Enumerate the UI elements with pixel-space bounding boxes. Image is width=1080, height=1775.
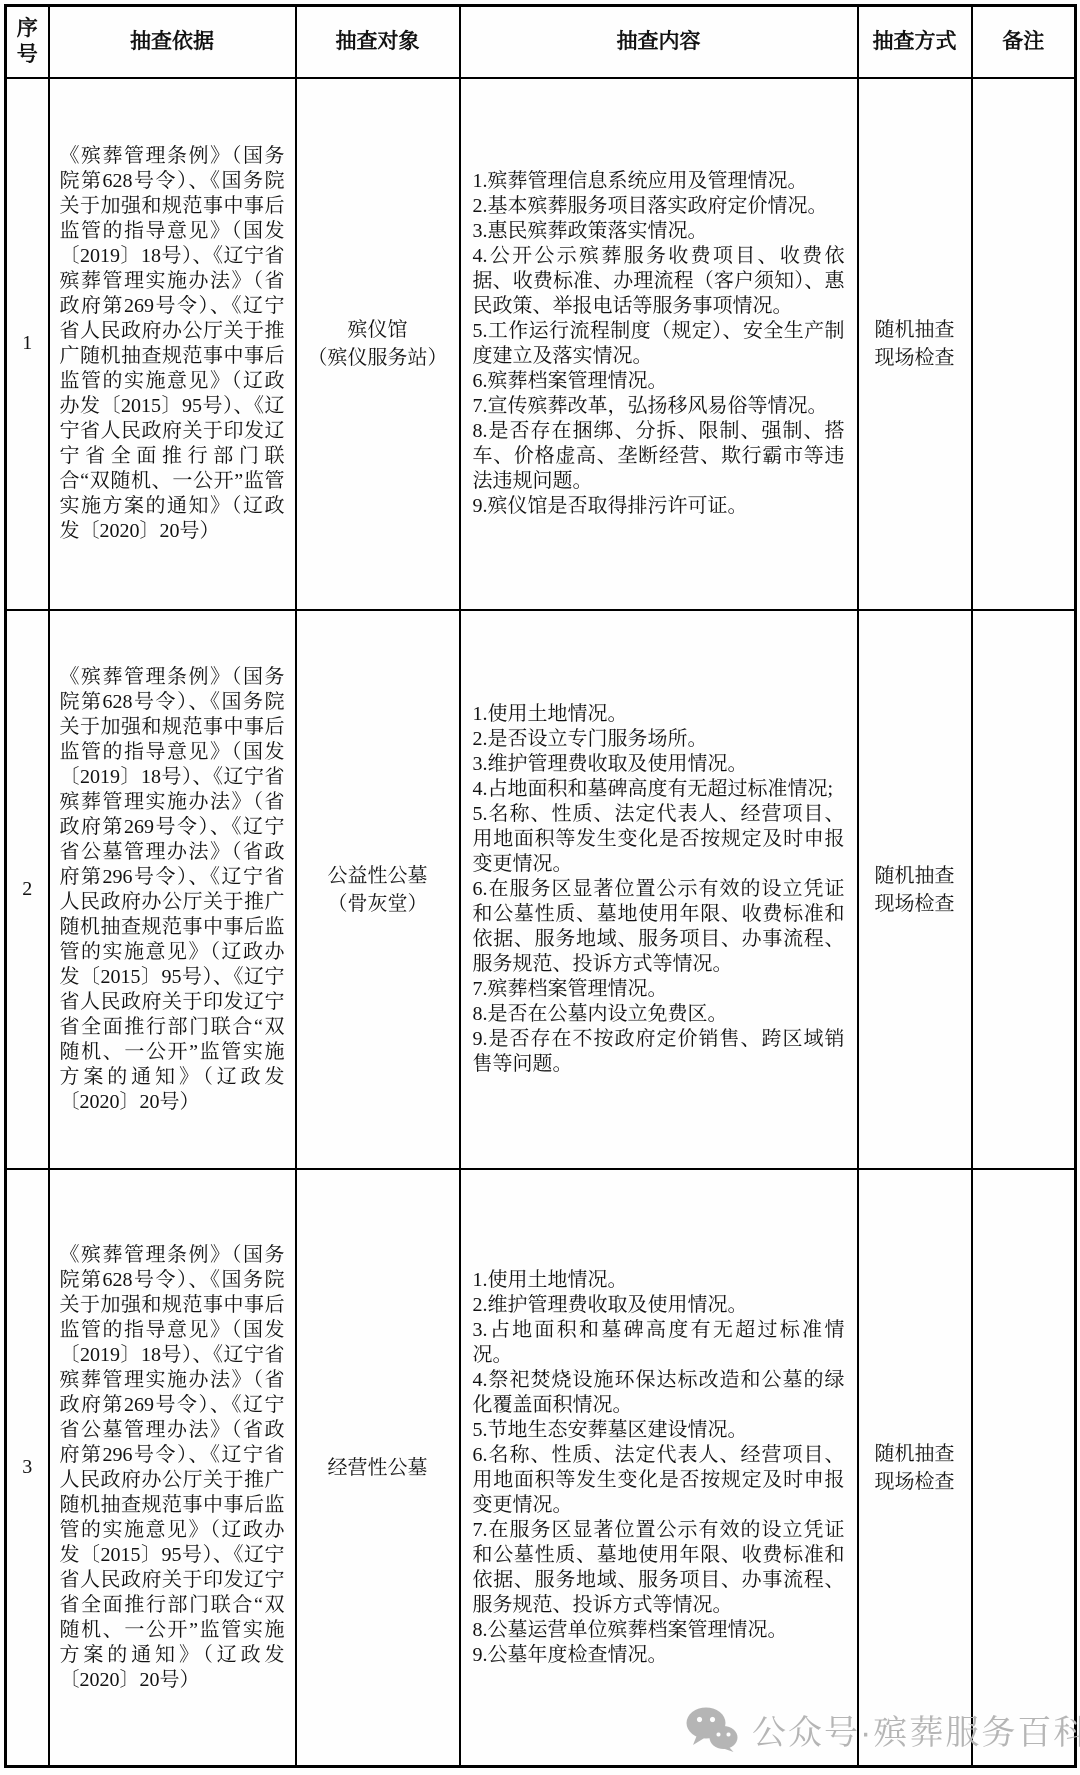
column-header: 序号 [6,6,49,78]
content-item: 3.维护管理费收取及使用情况。 [473,752,845,777]
content-list: 1.使用土地情况。2.维护管理费收取及使用情况。3.占地面积和墓碑高度有无超过标… [473,1268,845,1668]
content-list: 1.殡葬管理信息系统应用及管理情况。2.基本殡葬服务项目落实政府定价情况。3.惠… [473,169,845,519]
content-item: 8.公墓运营单位殡葬档案管理情况。 [473,1618,845,1643]
content-item: 4.公开公示殡葬服务收费项目、收费依据、收费标准、办理流程（客户须知）、惠民政策… [473,244,845,319]
content-item: 5.工作运行流程制度（规定）、安全生产制度建立及落实情况。 [473,319,845,369]
content-item: 6.在服务区显著位置公示有效的设立凭证和公墓性质、墓地使用年限、收费标准和依据、… [473,877,845,977]
note-cell [972,610,1076,1169]
content-item: 9.是否存在不按政府定价销售、跨区域销售等问题。 [473,1027,845,1077]
content-item: 9.殡仪馆是否取得排污许可证。 [473,494,845,519]
content-item: 5.名称、性质、法定代表人、经营项目、用地面积等发生变化是否按规定及时申报变更情… [473,802,845,877]
inspection-method-cell: 随机抽查 现场检查 [858,610,972,1169]
document-page: 序号抽查依据抽查对象抽查内容抽查方式备注 1 《殡葬管理条例》（国务院第628号… [0,0,1080,1775]
column-header: 抽查内容 [460,6,858,78]
inspection-target-cell: 经营性公墓 [296,1169,460,1766]
content-item: 1.使用土地情况。 [473,1268,845,1293]
content-item: 8.是否存在捆绑、分拆、限制、强制、搭车、价格虚高、垄断经营、欺行霸市等违法违规… [473,419,845,494]
column-header: 抽查依据 [49,6,296,78]
inspection-content-cell: 1.使用土地情况。2.是否设立专门服务场所。3.维护管理费收取及使用情况。4.占… [460,610,858,1169]
inspection-target-cell: 公益性公墓 （骨灰堂） [296,610,460,1169]
content-item: 4.祭祀焚烧设施环保达标改造和公墓的绿化覆盖面积情况。 [473,1368,845,1418]
content-list: 1.使用土地情况。2.是否设立专门服务场所。3.维护管理费收取及使用情况。4.占… [473,702,845,1077]
table-header-row: 序号抽查依据抽查对象抽查内容抽查方式备注 [6,6,1076,78]
content-item: 9.公墓年度检查情况。 [473,1643,845,1668]
inspection-target-cell: 殡仪馆 （殡仪服务站） [296,78,460,611]
watermark-text: 公众号·殡葬服务百科 [752,1705,1080,1754]
column-header: 备注 [972,6,1076,78]
table-body: 1 《殡葬管理条例》（国务院第628号令）、《国务院关于加强和规范事中事后监管的… [6,78,1076,1767]
wechat-icon [686,1706,738,1752]
content-item: 6.名称、性质、法定代表人、经营项目、用地面积等发生变化是否按规定及时申报变更情… [473,1443,845,1518]
inspection-basis-cell: 《殡葬管理条例》（国务院第628号令）、《国务院关于加强和规范事中事后监管的指导… [49,78,296,611]
content-item: 7.在服务区显著位置公示有效的设立凭证和公墓性质、墓地使用年限、收费标准和依据、… [473,1518,845,1618]
inspection-table: 序号抽查依据抽查对象抽查内容抽查方式备注 1 《殡葬管理条例》（国务院第628号… [4,4,1077,1768]
row-number-cell: 1 [6,78,49,611]
inspection-content-cell: 1.使用土地情况。2.维护管理费收取及使用情况。3.占地面积和墓碑高度有无超过标… [460,1169,858,1766]
watermark: 公众号·殡葬服务百科 [686,1700,1080,1758]
column-header: 抽查方式 [858,6,972,78]
content-item: 8.是否在公墓内设立免费区。 [473,1002,845,1027]
column-header: 抽查对象 [296,6,460,78]
content-item: 6.殡葬档案管理情况。 [473,369,845,394]
row-number-cell: 3 [6,1169,49,1766]
inspection-method-cell: 随机抽查 现场检查 [858,78,972,611]
row-number-cell: 2 [6,610,49,1169]
content-item: 7.殡葬档案管理情况。 [473,977,845,1002]
content-item: 3.惠民殡葬政策落实情况。 [473,219,845,244]
note-cell [972,78,1076,611]
content-item: 4.占地面积和墓碑高度有无超过标准情况; [473,777,845,802]
note-cell [972,1169,1076,1766]
content-item: 2.是否设立专门服务场所。 [473,727,845,752]
content-item: 1.使用土地情况。 [473,702,845,727]
inspection-content-cell: 1.殡葬管理信息系统应用及管理情况。2.基本殡葬服务项目落实政府定价情况。3.惠… [460,78,858,611]
table-row: 3 《殡葬管理条例》（国务院第628号令）、《国务院关于加强和规范事中事后监管的… [6,1169,1076,1766]
content-item: 5.节地生态安葬墓区建设情况。 [473,1418,845,1443]
content-item: 2.基本殡葬服务项目落实政府定价情况。 [473,194,845,219]
content-item: 2.维护管理费收取及使用情况。 [473,1293,845,1318]
inspection-basis-cell: 《殡葬管理条例》（国务院第628号令）、《国务院关于加强和规范事中事后监管的指导… [49,610,296,1169]
content-item: 3.占地面积和墓碑高度有无超过标准情况。 [473,1318,845,1368]
content-item: 7.宣传殡葬改革，弘扬移风易俗等情况。 [473,394,845,419]
content-item: 1.殡葬管理信息系统应用及管理情况。 [473,169,845,194]
inspection-method-cell: 随机抽查 现场检查 [858,1169,972,1766]
inspection-basis-cell: 《殡葬管理条例》（国务院第628号令）、《国务院关于加强和规范事中事后监管的指导… [49,1169,296,1766]
table-row: 2 《殡葬管理条例》（国务院第628号令）、《国务院关于加强和规范事中事后监管的… [6,610,1076,1169]
table-row: 1 《殡葬管理条例》（国务院第628号令）、《国务院关于加强和规范事中事后监管的… [6,78,1076,611]
